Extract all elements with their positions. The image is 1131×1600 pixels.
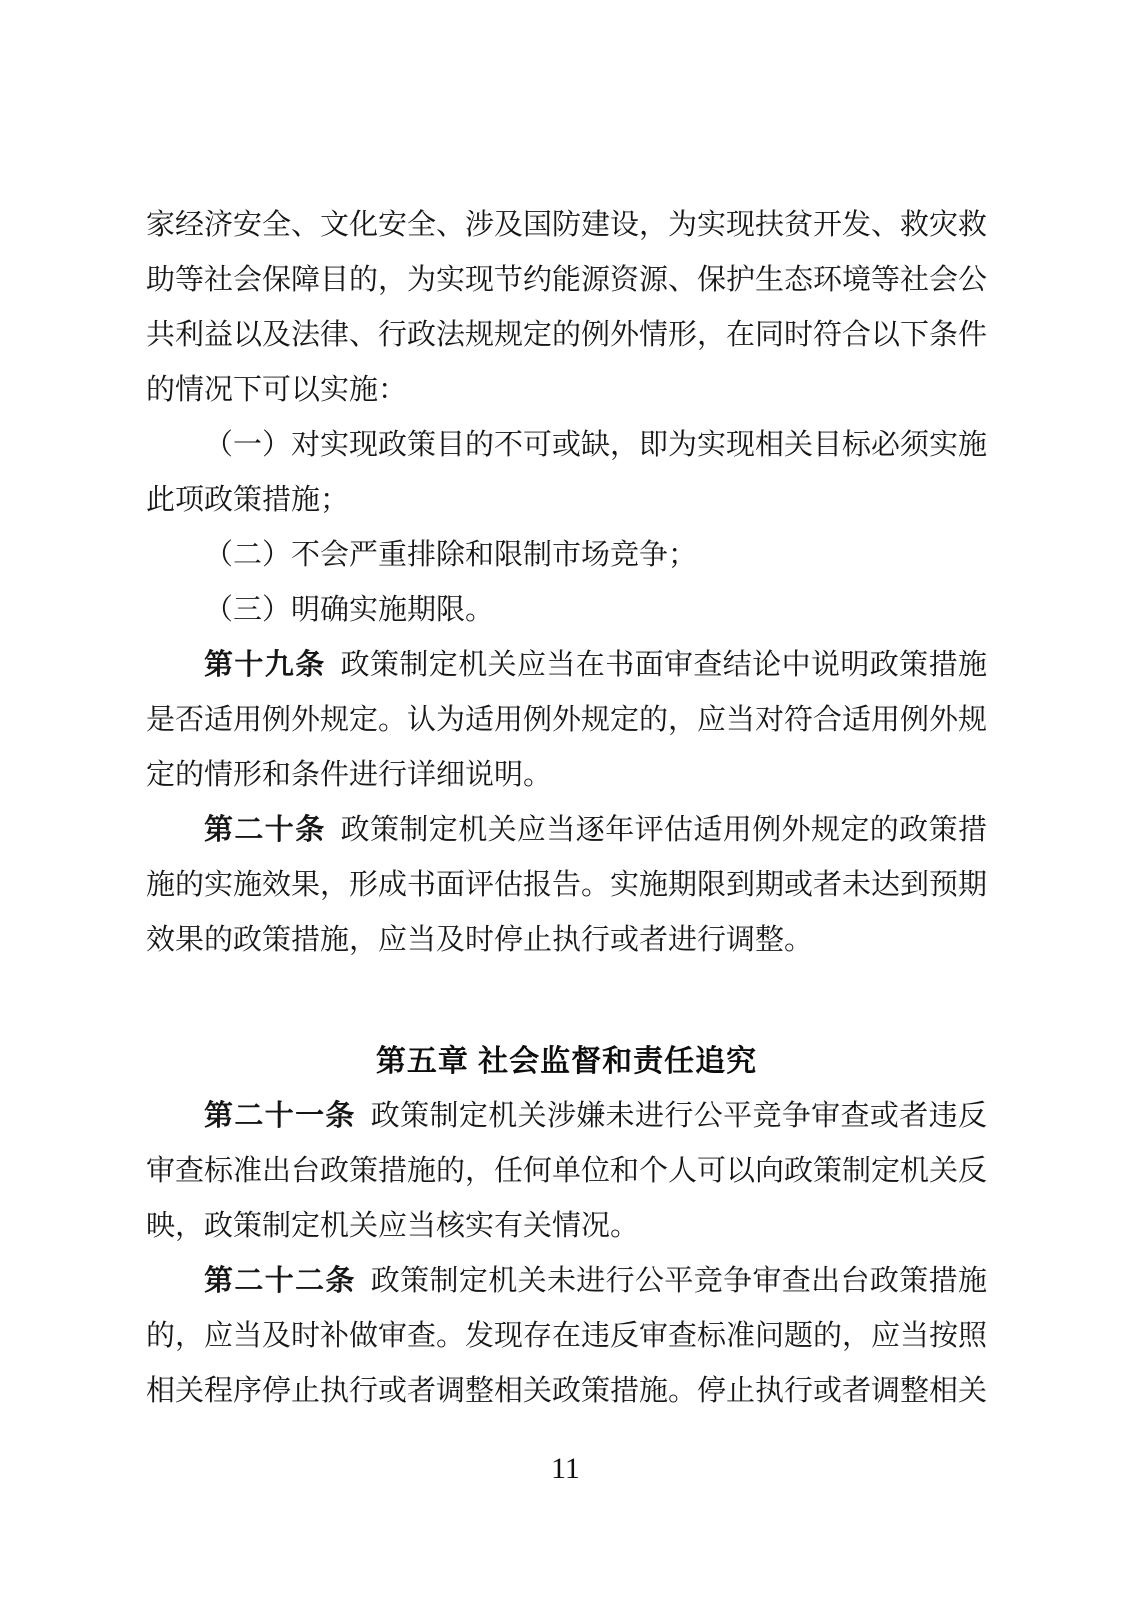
article-22-number: 第二十二条: [204, 1265, 356, 1297]
article-21-number: 第二十一条: [204, 1100, 356, 1132]
condition-item-2: （二）不会严重排除和限制市场竞争；: [146, 528, 987, 583]
condition-item-1: （一）对实现政策目的不可或缺，即为实现相关目标必须实施此项政策措施；: [146, 418, 987, 528]
article-19-number: 第十九条: [204, 649, 326, 681]
article-20-paragraph: 第二十条政策制定机关应当逐年评估适用例外规定的政策措施的实施效果，形成书面评估报…: [146, 803, 987, 968]
article-22-paragraph: 第二十二条政策制定机关未进行公平竞争审查出台政策措施的，应当及时补做审查。发现存…: [146, 1254, 987, 1419]
document-page: 家经济安全、文化安全、涉及国防建设，为实现扶贫开发、救灾救助等社会保障目的，为实…: [0, 0, 1131, 1600]
condition-item-3: （三）明确实施期限。: [146, 583, 987, 638]
article-21-paragraph: 第二十一条政策制定机关涉嫌未进行公平竞争审查或者违反审查标准出台政策措施的，任何…: [146, 1089, 987, 1254]
article-19-paragraph: 第十九条政策制定机关应当在书面审查结论中说明政策措施是否适用例外规定。认为适用例…: [146, 638, 987, 803]
article-20-number: 第二十条: [204, 814, 326, 846]
document-content: 家经济安全、文化安全、涉及国防建设，为实现扶贫开发、救灾救助等社会保障目的，为实…: [146, 198, 987, 1419]
page-number: 11: [0, 1452, 1131, 1486]
chapter-5-heading: 第五章 社会监督和责任追究: [146, 1034, 987, 1089]
paragraph-continuation: 家经济安全、文化安全、涉及国防建设，为实现扶贫开发、救灾救助等社会保障目的，为实…: [146, 198, 987, 418]
